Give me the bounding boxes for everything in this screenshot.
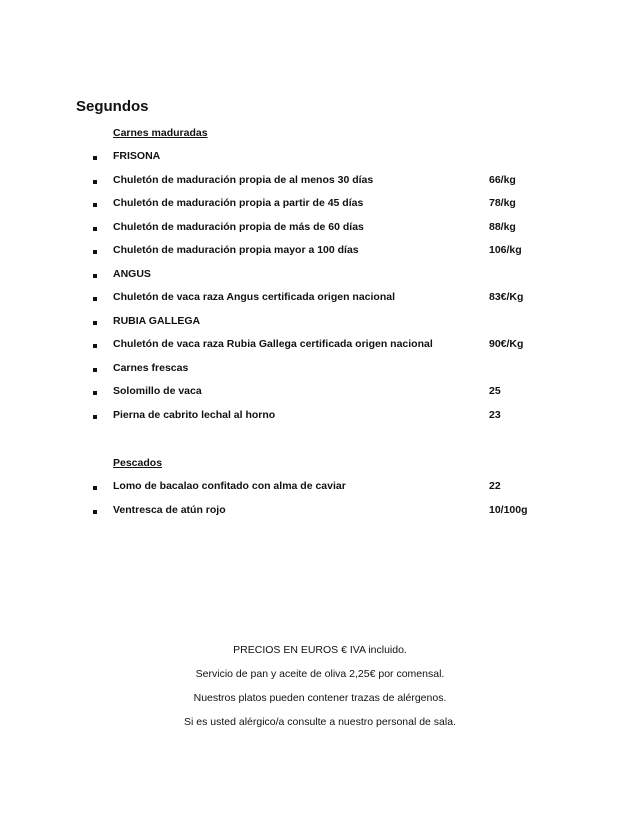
bullet-icon	[93, 250, 97, 254]
menu-item-label: Pierna de cabrito lechal al horno	[113, 409, 275, 421]
menu-item-label: Solomillo de vaca	[113, 385, 202, 397]
menu-item-price: 78/kg	[489, 197, 516, 209]
menu-item: Chuletón de vaca raza Rubia Gallega cert…	[0, 338, 640, 354]
menu-item-price: 25	[489, 385, 501, 397]
bullet-icon	[93, 391, 97, 395]
menu-item: Chuletón de maduración propia mayor a 10…	[0, 244, 640, 260]
menu-item: Chuletón de maduración propia a partir d…	[0, 197, 640, 213]
menu-item: FRISONA	[0, 150, 640, 166]
bullet-icon	[93, 156, 97, 160]
menu-item: Ventresca de atún rojo10/100g	[0, 504, 640, 520]
menu-item-price: 66/kg	[489, 174, 516, 186]
menu-item: Chuletón de maduración propia de al meno…	[0, 174, 640, 190]
menu-item-price: 23	[489, 409, 501, 421]
menu-item-price: 106/kg	[489, 244, 522, 256]
menu-item-price: 10/100g	[489, 504, 528, 516]
bullet-icon	[93, 180, 97, 184]
bullet-icon	[93, 274, 97, 278]
section-carnes-maduradas: Carnes maduradas	[113, 127, 208, 139]
menu-item-price: 88/kg	[489, 221, 516, 233]
bullet-icon	[93, 415, 97, 419]
bullet-icon	[93, 486, 97, 490]
menu-item: RUBIA GALLEGA	[0, 315, 640, 331]
menu-item: Pierna de cabrito lechal al horno23	[0, 409, 640, 425]
menu-item-label: Chuletón de vaca raza Rubia Gallega cert…	[113, 338, 433, 350]
menu-item-label: Chuletón de maduración propia mayor a 10…	[113, 244, 359, 256]
menu-item-label: Chuletón de maduración propia de al meno…	[113, 174, 373, 186]
menu-item-label: Chuletón de maduración propia a partir d…	[113, 197, 363, 209]
menu-item: ANGUS	[0, 268, 640, 284]
menu-item-label: Chuletón de vaca raza Angus certificada …	[113, 291, 395, 303]
menu-item-label: ANGUS	[113, 268, 151, 280]
bullet-icon	[93, 510, 97, 514]
footer-allergens: Nuestros platos pueden contener trazas d…	[0, 692, 640, 704]
footer-prices-note: PRECIOS EN EUROS € IVA incluido.	[0, 644, 640, 656]
menu-item: Chuletón de maduración propia de más de …	[0, 221, 640, 237]
menu-item-label: Ventresca de atún rojo	[113, 504, 226, 516]
page-title: Segundos	[76, 98, 149, 115]
menu-item-price: 22	[489, 480, 501, 492]
menu-item: Lomo de bacalao confitado con alma de ca…	[0, 480, 640, 496]
menu-item-price: 83€/Kg	[489, 291, 523, 303]
menu-item: Chuletón de vaca raza Angus certificada …	[0, 291, 640, 307]
section-pescados: Pescados	[113, 457, 162, 469]
menu-item-label: FRISONA	[113, 150, 160, 162]
bullet-icon	[93, 321, 97, 325]
menu-item-label: Chuletón de maduración propia de más de …	[113, 221, 364, 233]
menu-item: Carnes frescas	[0, 362, 640, 378]
bullet-icon	[93, 297, 97, 301]
footer-bread-service: Servicio de pan y aceite de oliva 2,25€ …	[0, 668, 640, 680]
menu-item: Solomillo de vaca25	[0, 385, 640, 401]
bullet-icon	[93, 344, 97, 348]
bullet-icon	[93, 368, 97, 372]
bullet-icon	[93, 203, 97, 207]
menu-item-label: Carnes frescas	[113, 362, 188, 374]
menu-item-price: 90€/Kg	[489, 338, 523, 350]
menu-item-label: RUBIA GALLEGA	[113, 315, 200, 327]
bullet-icon	[93, 227, 97, 231]
menu-item-label: Lomo de bacalao confitado con alma de ca…	[113, 480, 346, 492]
footer-allergy-contact: Si es usted alérgico/a consulte a nuestr…	[0, 716, 640, 728]
